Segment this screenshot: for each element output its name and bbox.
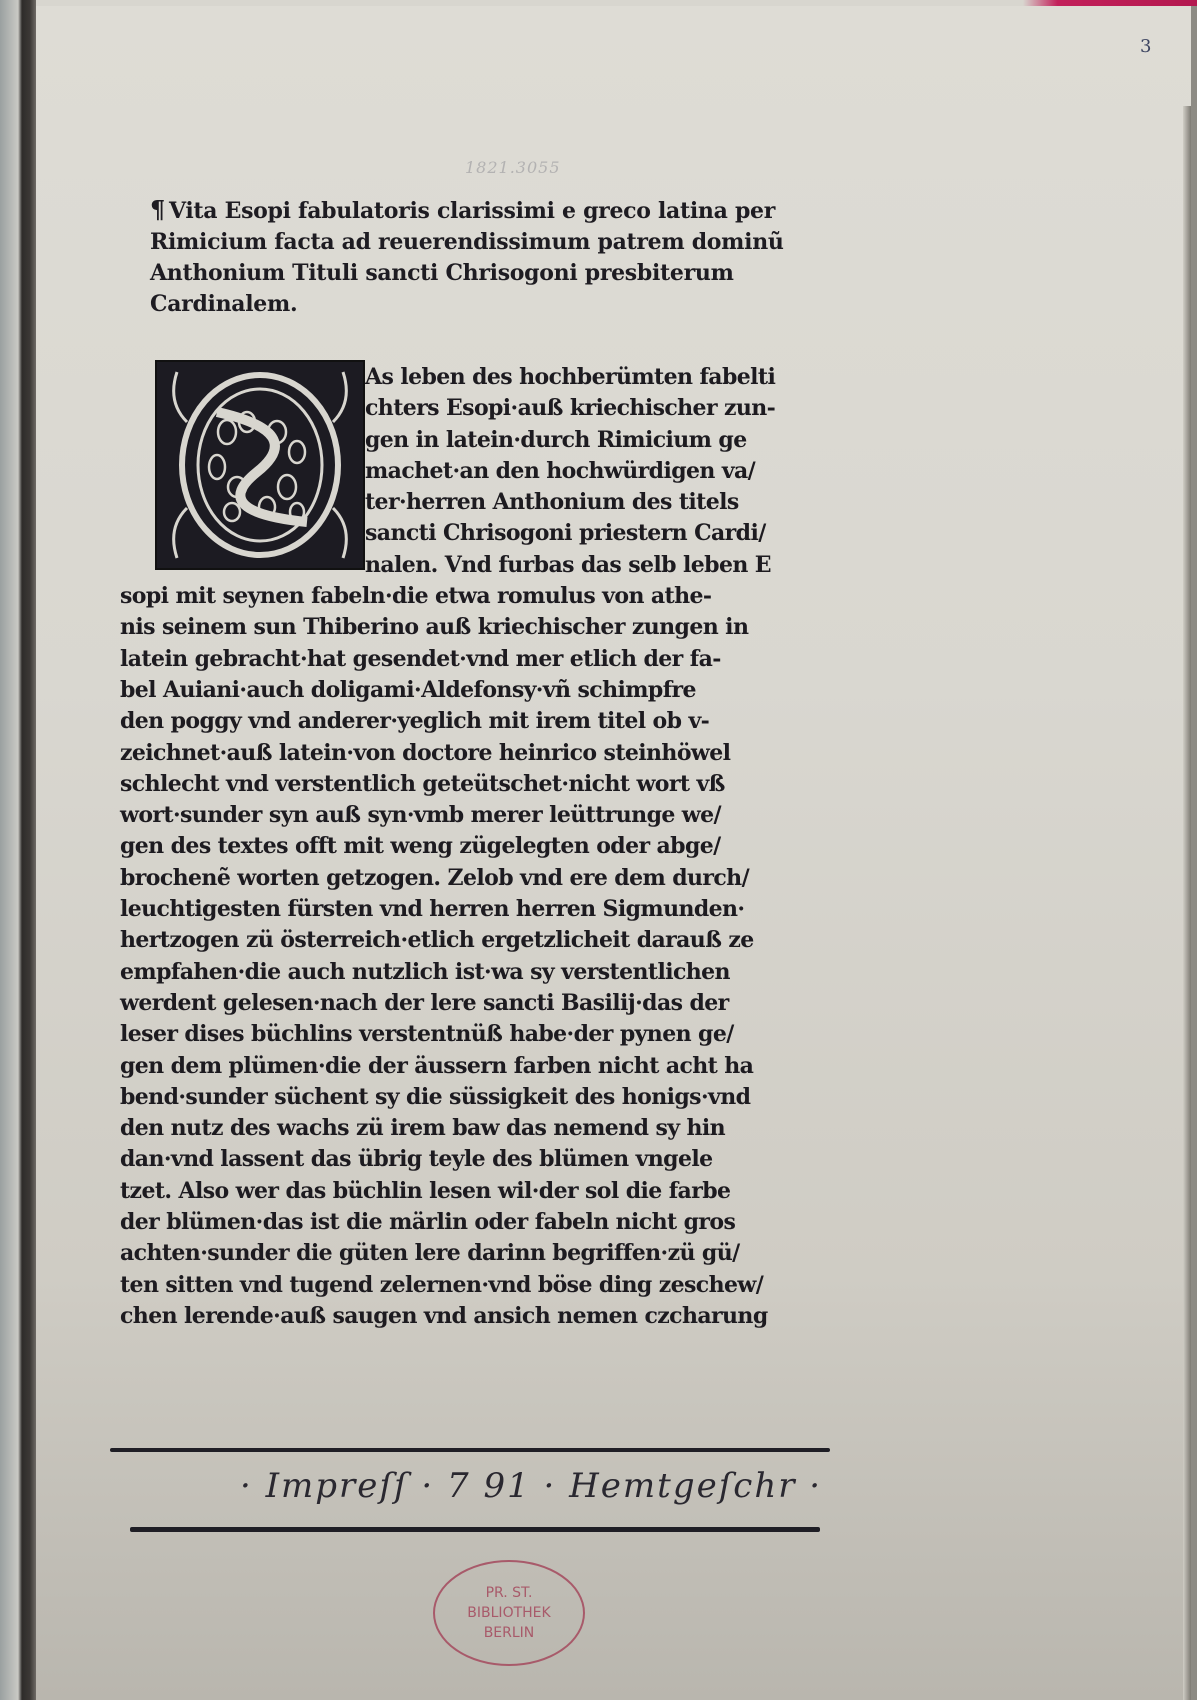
page-right-edge — [1183, 106, 1191, 1700]
body-line: bel Auiani·auch doligami·Aldefonsy·vñ sc… — [120, 675, 840, 706]
body-line: bend·sunder süchent sy die süssigkeit de… — [120, 1082, 840, 1113]
stamp-line: PR. ST. — [486, 1583, 533, 1603]
body-line: nalen. Vnd furbas das selb leben E — [120, 550, 840, 581]
heading-line-1: ¶Vita Esopi fabulatoris clarissimi e gre… — [150, 194, 830, 227]
heading-line-2: Rimicium facta ad reuerendissimum patrem… — [150, 227, 830, 258]
heading-block: ¶Vita Esopi fabulatoris clarissimi e gre… — [150, 194, 830, 320]
body-line: brochenẽ worten getzogen. Zelob vnd ere … — [120, 863, 840, 894]
stamp-line: BIBLIOTHEK — [467, 1603, 550, 1623]
body-line: ten sitten vnd tugend zelernen·vnd böse … — [120, 1270, 840, 1301]
body-text: As leben des hochberümten fabelti chters… — [120, 362, 840, 1332]
body-line: gen in latein·durch Rimicium ge — [120, 425, 840, 456]
body-line: gen dem plümen·die der äussern farben ni… — [120, 1051, 840, 1082]
body-line: zeichnet·auß latein·von doctore heinrico… — [120, 738, 840, 769]
body-line: latein gebracht·hat gesendet·vnd mer etl… — [120, 644, 840, 675]
body-line: machet·an den hochwürdigen va/ — [120, 456, 840, 487]
body-line: den poggy vnd anderer·yeglich mit irem t… — [120, 706, 840, 737]
pencil-shelfmark: 1821.3055 — [465, 158, 561, 177]
body-line: der blümen·das ist die märlin oder fabel… — [120, 1207, 840, 1238]
body-line: ter·herren Anthonium des titels — [120, 487, 840, 518]
pilcrow-icon: ¶ — [150, 195, 165, 224]
body-line: nis seinem sun Thiberino auß kriechische… — [120, 612, 840, 643]
body-line: gen des textes offt mit weng zügelegten … — [120, 831, 840, 862]
body-line: schlecht vnd verstentlich geteütschet·ni… — [120, 769, 840, 800]
body-line: den nutz des wachs zü irem baw das nemen… — [120, 1113, 840, 1144]
stamp-line: BERLIN — [484, 1623, 535, 1643]
body-line: empfahen·die auch nutzlich ist·wa sy ver… — [120, 957, 840, 988]
body-line: As leben des hochberümten fabelti — [120, 362, 840, 393]
body-line: dan·vnd lassent das übrig teyle des blüm… — [120, 1144, 840, 1175]
book-binding-edge — [0, 0, 36, 1700]
body-line: sancti Chrisogoni priestern Cardi/ — [120, 518, 840, 549]
body-line: achten·sunder die güten lere darinn begr… — [120, 1238, 840, 1269]
body-line: wort·sunder syn auß syn·vmb merer leüttr… — [120, 800, 840, 831]
ink-rule-top — [110, 1448, 830, 1452]
handwritten-annotation: · Impreſſ · 7 91 · Hemtgeſchr · — [240, 1466, 822, 1506]
ink-rule-bottom — [130, 1527, 820, 1532]
folio-number: 3 — [1140, 36, 1151, 57]
body-line: werdent gelesen·nach der lere sancti Bas… — [120, 988, 840, 1019]
body-line: sopi mit seynen fabeln·die etwa romulus … — [120, 581, 840, 612]
body-line: chters Esopi·auß kriechischer zun- — [120, 393, 840, 424]
body-line: hertzogen zü österreich·etlich ergetzlic… — [120, 925, 840, 956]
body-line: tzet. Also wer das büchlin lesen wil·der… — [120, 1176, 840, 1207]
library-stamp: PR. ST. BIBLIOTHEK BERLIN — [433, 1560, 585, 1666]
body-line: leuchtigesten fürsten vnd herren herren … — [120, 894, 840, 925]
heading-line-3: Anthonium Tituli sancti Chrisogoni presb… — [150, 258, 830, 289]
heading-line-4: Cardinalem. — [150, 289, 830, 320]
body-line: leser dises büchlins verstentnüß habe·de… — [120, 1019, 840, 1050]
body-line: chen lerende·auß saugen vnd ansich nemen… — [120, 1301, 840, 1332]
